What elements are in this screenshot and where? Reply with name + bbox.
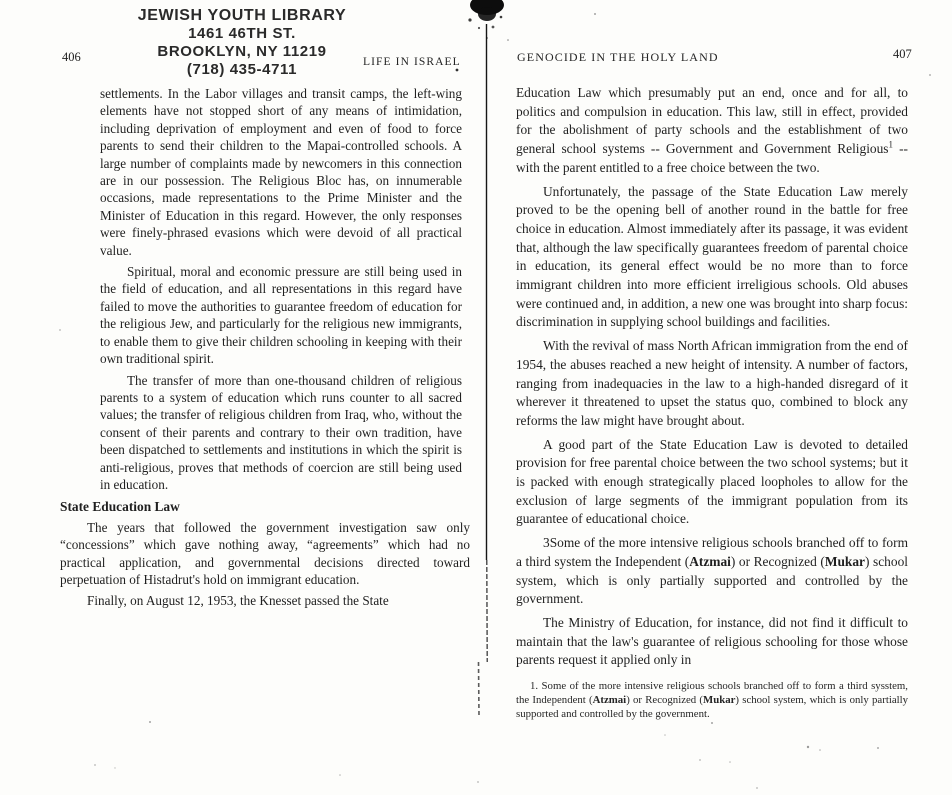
paragraph: 3Some of the more intensive religious sc…: [516, 534, 908, 609]
indented-extract: settlements. In the Labor villages and t…: [100, 85, 462, 493]
page-number-left: 406: [62, 50, 81, 65]
bold-term: Mukar: [703, 694, 735, 706]
paragraph: Education Law which presumably put an en…: [516, 84, 908, 178]
running-head-left: LIFE IN ISRAEL: [363, 56, 461, 68]
bold-term: Mukar: [825, 554, 865, 569]
paragraph: The transfer of more than one-thousand c…: [100, 372, 462, 494]
stamp-line: BROOKLYN, NY 11219: [118, 43, 366, 61]
bold-term: Atzmai: [593, 694, 627, 706]
binding-gutter-line: [479, 24, 488, 716]
running-head-right: GENOCIDE IN THE HOLY LAND: [517, 50, 719, 65]
paragraph: settlements. In the Labor villages and t…: [100, 85, 462, 259]
bold-term: Atzmai: [689, 554, 731, 569]
paragraph: The years that followed the government i…: [60, 519, 470, 589]
page-number-right: 407: [893, 47, 912, 62]
paragraph: The Ministry of Education, for instance,…: [516, 614, 908, 670]
stamp-line: 1461 46TH ST.: [118, 25, 366, 43]
ink-splatter: [456, 0, 509, 71]
right-page-body: Education Law which presumably put an en…: [516, 84, 908, 721]
footnote: 1. Some of the more intensive religious …: [516, 679, 908, 721]
paragraph: A good part of the State Education Law i…: [516, 436, 908, 530]
stamp-line: JEWISH YOUTH LIBRARY: [118, 6, 366, 25]
text-run: Education Law which presumably put an en…: [516, 85, 908, 156]
paragraph: Unfortunately, the passage of the State …: [516, 183, 908, 333]
paragraph: Spiritual, moral and economic pressure a…: [100, 263, 462, 367]
text-run: ) or Recognized (: [626, 694, 703, 706]
text-run: ) or Recognized (: [731, 554, 825, 569]
library-stamp: JEWISH YOUTH LIBRARY 1461 46TH ST. BROOK…: [118, 6, 366, 79]
stamp-line: (718) 435-4711: [118, 61, 366, 79]
section-heading: State Education Law: [60, 498, 470, 515]
paragraph: Finally, on August 12, 1953, the Knesset…: [60, 592, 470, 609]
left-page-body: settlements. In the Labor villages and t…: [60, 85, 470, 614]
paragraph: With the revival of mass North African i…: [516, 337, 908, 431]
book-spread: JEWISH YOUTH LIBRARY 1461 46TH ST. BROOK…: [0, 0, 952, 795]
